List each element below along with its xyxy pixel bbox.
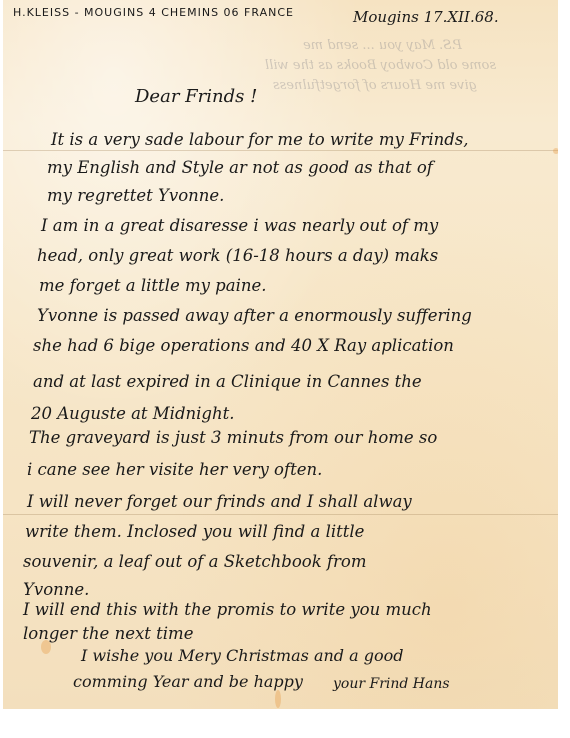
body-line: Yvonne is passed away after a enormously… xyxy=(37,306,472,325)
bleed-through-line: P.S. May you ... send me xyxy=(303,38,462,53)
body-line: my regrettet Yvonne. xyxy=(47,186,224,205)
sender-address: H.KLEISS - MOUGINS 4 CHEMINS 06 FRANCE xyxy=(13,6,294,19)
body-line: me forget a little my paine. xyxy=(39,276,267,295)
body-line: I will end this with the promis to write… xyxy=(23,600,432,619)
body-line: head, only great work (16-18 hours a day… xyxy=(37,246,438,265)
body-line: souvenir, a leaf out of a Sketchbook fro… xyxy=(23,552,367,571)
body-line: my English and Style ar not as good as t… xyxy=(47,158,433,177)
salutation: Dear Frinds ! xyxy=(135,86,257,107)
paper-stain xyxy=(553,148,558,154)
paper-fold-line xyxy=(3,150,558,151)
body-line: The graveyard is just 3 minuts from our … xyxy=(29,428,437,447)
body-line: she had 6 bige operations and 40 X Ray a… xyxy=(33,336,454,355)
body-line: Yvonne. xyxy=(23,580,89,599)
place-and-date: Mougins 17.XII.68. xyxy=(353,8,499,26)
body-line: longer the next time xyxy=(23,624,193,643)
letter-paper: P.S. May you ... send me some old Cowboy… xyxy=(3,0,558,709)
body-line: and at last expired in a Clinique in Can… xyxy=(33,372,422,391)
body-line: I will never forget our frinds and I sha… xyxy=(27,492,412,511)
closing-line: I wishe you Mery Christmas and a good xyxy=(81,646,403,665)
closing-line: comming Year and be happy xyxy=(73,672,303,691)
bleed-through-line: some old Cowboy Books as the will xyxy=(265,58,496,73)
body-line: write them. Inclosed you will find a lit… xyxy=(25,522,364,541)
signature: your Frind Hans xyxy=(333,676,450,692)
scan-canvas: P.S. May you ... send me some old Cowboy… xyxy=(0,0,570,738)
paper-stain xyxy=(275,690,281,708)
body-line: i cane see her visite her very often. xyxy=(27,460,322,479)
bleed-through-line: give me Hours of forgetfulness xyxy=(273,78,477,93)
body-line: I am in a great disaresse i was nearly o… xyxy=(41,216,438,235)
body-line: It is a very sade labour for me to write… xyxy=(51,130,469,149)
paper-fold-line xyxy=(3,514,558,515)
body-line: 20 Auguste at Midnight. xyxy=(31,404,235,423)
